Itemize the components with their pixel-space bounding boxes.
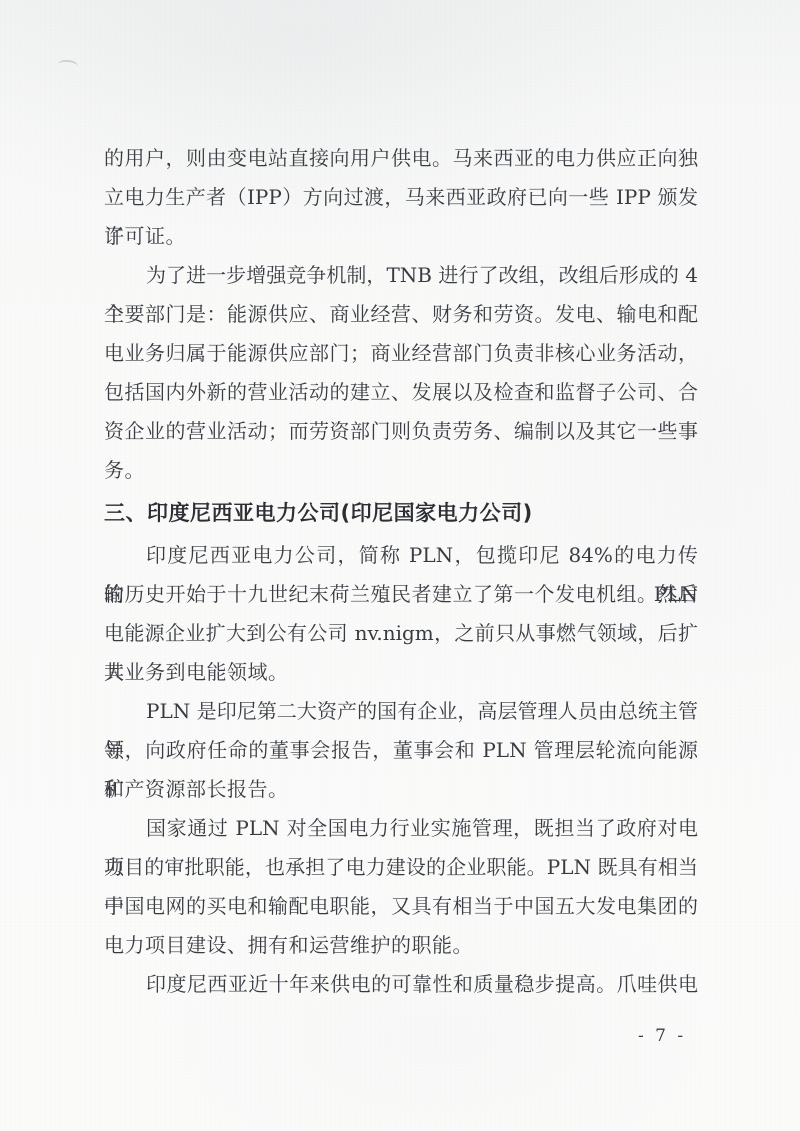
text-line: 电力项目建设、拥有和运营维护的职能。 [104,926,698,965]
text-line: 务。 [104,451,698,490]
section-heading: 三、印度尼西亚电力公司(印尼国家电力公司) [104,490,698,536]
text-line: 国家通过 PLN 对全国电力行业实施管理，既担当了政府对电力 [104,809,698,848]
document-page: 的用户，则由变电站直接向用户供电。马来西亚的电力供应正向独立电力生产者（IPP）… [0,0,800,1131]
text-line: 电能源企业扩大到公有公司 nv.nigm，之前只从事燃气领域，后扩大 [104,614,698,653]
text-line: 矿产资源部长报告。 [104,770,698,809]
text-line: 资企业的营业活动；而劳资部门则负责劳务、编制以及其它一些事 [104,412,698,451]
text-line: 中国电网的买电和输配电职能，又具有相当于中国五大发电集团的 [104,887,698,926]
text-body: 的用户，则由变电站直接向用户供电。马来西亚的电力供应正向独立电力生产者（IPP）… [104,139,698,1004]
text-line: 印度尼西亚近十年来供电的可靠性和质量稳步提高。爪哇供电 [104,965,698,1004]
text-line: 导，向政府任命的董事会报告，董事会和 PLN 管理层轮流向能源和 [104,731,698,770]
text-line: 印度尼西亚电力公司，简称 PLN，包揽印尼 84%的电力传输。PLN [104,536,698,575]
text-line: 包括国内外新的营业活动的建立、发展以及检查和监督子公司、合 [104,373,698,412]
text-line: 主要部门是：能源供应、商业经营、财务和劳资。发电、输电和配 [104,295,698,334]
text-line: 电业务归属于能源供应部门；商业经营部门负责非核心业务活动， [104,334,698,373]
text-line: 立电力生产者（IPP）方向过渡，马来西亚政府已向一些 IPP 颁发了 [104,178,698,217]
text-line: 其业务到电能领域。 [104,653,698,692]
text-line: 项目的审批职能，也承担了电力建设的企业职能。PLN 既具有相当于 [104,848,698,887]
text-line: 为了进一步增强竞争机制，TNB 进行了改组，改组后形成的 4 个 [104,256,698,295]
text-line: 的用户，则由变电站直接向用户供电。马来西亚的电力供应正向独 [104,139,698,178]
text-line: 许可证。 [104,217,698,256]
text-line: PLN 是印尼第二大资产的国有企业，高层管理人员由总统主管领 [104,692,698,731]
page-number: - 7 - [638,1026,686,1046]
text-line: 的历史开始于十九世纪末荷兰殖民者建立了第一个发电机组。然后 [104,575,698,614]
scan-smudge [57,59,78,72]
